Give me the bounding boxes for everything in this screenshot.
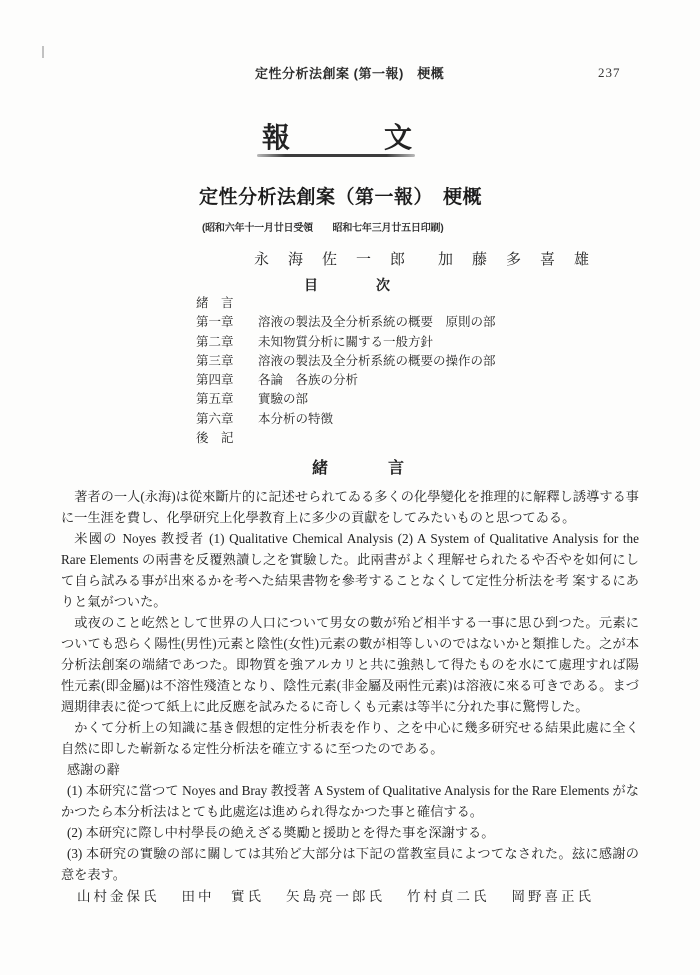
toc-row: 第五章實驗の部 bbox=[196, 390, 496, 409]
received-printed-dates: (昭和六年十一月廿日受領 昭和七年三月廿五日印刷) bbox=[202, 219, 443, 234]
intro-section-heading: 緒 言 bbox=[312, 455, 404, 478]
paragraph: 著者の一人(永海)は從來斷片的に記述せられてゐる多くの化學變化を推理的に解釋し誘… bbox=[61, 486, 639, 528]
toc-row: 後 記 bbox=[196, 429, 496, 448]
toc-chapter-label: 第五章 bbox=[196, 390, 258, 409]
toc-chapter-title: 溶液の製法及全分析系統の概要 原則の部 bbox=[258, 315, 496, 329]
toc-chapter-label: 第二章 bbox=[196, 333, 258, 352]
toc-chapter-label: 後 記 bbox=[196, 429, 258, 448]
toc-row: 第六章本分析の特徴 bbox=[196, 410, 496, 429]
contributor-name: 岡野喜正氏 bbox=[512, 886, 595, 907]
category-char-right: 文 bbox=[384, 116, 412, 156]
acknowledgement-item: (2) 本研究に際し中村學長の絶えざる奬勵と援助とを得た事を深謝する。 bbox=[61, 822, 639, 843]
report-category-heading: 報 文 bbox=[262, 116, 412, 156]
toc-chapter-label: 第四章 bbox=[196, 371, 258, 390]
contributor-name: 山村金保氏 bbox=[77, 886, 160, 907]
toc-chapter-label: 第三章 bbox=[196, 352, 258, 371]
toc-row: 緒 言 bbox=[196, 294, 496, 313]
toc-heading: 目 次 bbox=[304, 275, 390, 295]
authors-row: 永海佐一郎 加藤多喜雄 bbox=[254, 248, 608, 269]
toc-chapter-title: 溶液の製法及全分析系統の概要の操作の部 bbox=[258, 354, 496, 368]
toc-chapter-title: 實驗の部 bbox=[258, 392, 308, 406]
contributor-name: 田中 實氏 bbox=[182, 886, 265, 907]
toc-chapter-label: 緒 言 bbox=[196, 294, 258, 313]
toc-row: 第一章溶液の製法及全分析系統の概要 原則の部 bbox=[196, 313, 496, 332]
intro-body: 著者の一人(永海)は從來斷片的に記述せられてゐる多くの化學變化を推理的に解釋し誘… bbox=[61, 486, 639, 907]
toc-chapter-title: 各論 各族の分析 bbox=[258, 373, 358, 387]
intro-heading-char: 緒 bbox=[312, 455, 328, 478]
paragraph: 或夜のこと屹然として世界の人口について男女の數が殆ど相半する一事に思ひ到つた。元… bbox=[61, 612, 639, 717]
contributors-row: 山村金保氏 田中 實氏 矢島亮一郎氏 竹村貞二氏 岡野喜正氏 bbox=[61, 886, 639, 907]
author-name: 永海佐一郎 bbox=[254, 248, 424, 269]
toc-chapter-label: 第六章 bbox=[196, 410, 258, 429]
acknowledgement-heading: 感謝の辭 bbox=[61, 759, 639, 780]
toc-row: 第三章溶液の製法及全分析系統の概要の操作の部 bbox=[196, 352, 496, 371]
running-title: 定性分析法創案 (第一報) 梗概 bbox=[255, 63, 444, 82]
toc-heading-char: 目 bbox=[304, 275, 318, 295]
toc-row: 第二章未知物質分析に關する一般方針 bbox=[196, 333, 496, 352]
paragraph: かくて分析上の知識に基き假想的定性分析表を作り、之を中心に幾多研究せる結果此處に… bbox=[61, 717, 639, 759]
toc-chapter-title: 本分析の特徴 bbox=[258, 412, 333, 426]
scan-artifact bbox=[42, 46, 44, 58]
intro-heading-char: 言 bbox=[388, 455, 404, 478]
acknowledgement-item: (1) 本研究に當つて Noyes and Bray 教授著 A System … bbox=[61, 780, 639, 822]
toc-heading-char: 次 bbox=[376, 275, 390, 295]
page-number: 237 bbox=[598, 65, 621, 81]
category-underline bbox=[257, 154, 415, 157]
article-title: 定性分析法創案（第一報） 梗概 bbox=[199, 182, 482, 209]
toc-chapter-title: 未知物質分析に關する一般方針 bbox=[258, 335, 433, 349]
paragraph: 米國の Noyes 教授者 (1) Qualitative Chemical A… bbox=[61, 528, 639, 612]
toc-chapter-label: 第一章 bbox=[196, 313, 258, 332]
contributor-name: 矢島亮一郎氏 bbox=[286, 886, 385, 907]
author-name: 加藤多喜雄 bbox=[438, 248, 608, 269]
contributor-name: 竹村貞二氏 bbox=[407, 886, 490, 907]
category-char-left: 報 bbox=[262, 116, 290, 156]
table-of-contents: 緒 言 第一章溶液の製法及全分析系統の概要 原則の部 第二章未知物質分析に關する… bbox=[196, 294, 496, 448]
toc-row: 第四章各論 各族の分析 bbox=[196, 371, 496, 390]
acknowledgement-item: (3) 本研究の實驗の部に關しては其殆ど大部分は下記の當教室員によつてなされた。… bbox=[61, 843, 639, 885]
